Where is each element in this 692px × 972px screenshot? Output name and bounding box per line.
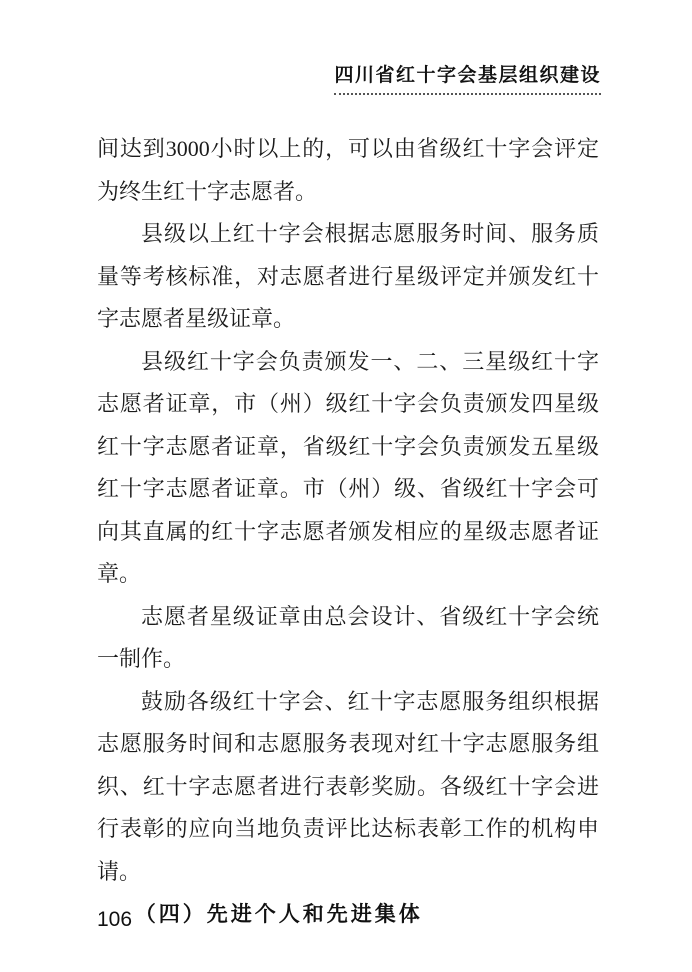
page-header: 四川省红十字会基层组织建设 bbox=[334, 60, 601, 95]
page-body: 间达到3000小时以上的，可以由省级红十字会评定为终生红十字志愿者。 县级以上红… bbox=[97, 128, 599, 936]
book-page: 四川省红十字会基层组织建设 间达到3000小时以上的，可以由省级红十字会评定为终… bbox=[0, 0, 692, 972]
running-head-title: 四川省红十字会基层组织建设 bbox=[334, 60, 601, 95]
body-paragraph: 志愿者星级证章由总会设计、省级红十字会统一制作。 bbox=[97, 596, 599, 681]
page-number: 106 bbox=[97, 908, 132, 932]
section-heading: （四）先进个人和先进集体 bbox=[97, 893, 599, 936]
body-paragraph: 鼓励各级红十字会、红十字志愿服务组织根据志愿服务时间和志愿服务表现对红十字志愿服… bbox=[97, 681, 599, 894]
body-paragraph: 间达到3000小时以上的，可以由省级红十字会评定为终生红十字志愿者。 bbox=[97, 128, 599, 213]
body-paragraph: 县级红十字会负责颁发一、二、三星级红十字志愿者证章，市（州）级红十字会负责颁发四… bbox=[97, 341, 599, 596]
body-paragraph: 县级以上红十字会根据志愿服务时间、服务质量等考核标准，对志愿者进行星级评定并颁发… bbox=[97, 213, 599, 341]
